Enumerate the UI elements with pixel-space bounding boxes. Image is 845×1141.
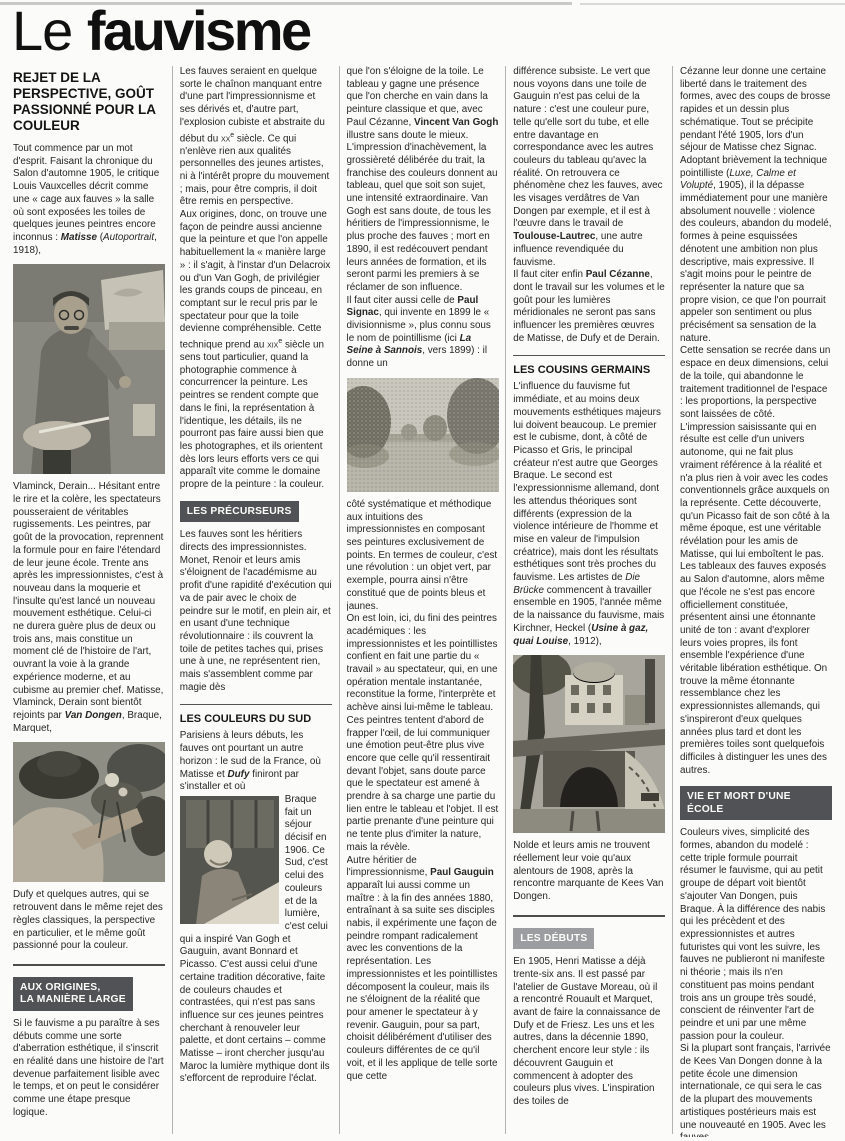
paragraph: Autre héritier de l'impressionnisme, Pau… [347, 855, 499, 1084]
paragraph: Il faut citer enfin Paul Cézanne, dont l… [513, 269, 665, 345]
pointillist-landscape-image [347, 378, 499, 492]
artist-drawing-image [180, 796, 279, 924]
section-header-vie-et-mort: VIE ET MORT D'UNE ÉCOLE [680, 786, 832, 820]
paragraph-with-photo: Braque fait un séjour décisif en 1906. C… [180, 794, 332, 1086]
column-2: Les fauves seraient en quelque sorte le … [180, 66, 332, 1137]
column-divider [172, 66, 173, 1134]
paragraph: Il faut citer aussi celle de Paul Signac… [347, 295, 499, 371]
column-divider [339, 66, 340, 1134]
column-5: Cézanne leur donne une certaine liberté … [680, 66, 832, 1137]
matisse-autoportrait-image [13, 264, 165, 474]
section-header-aux-origines: AUX ORIGINES, LA MANIÈRE LARGE [13, 977, 133, 1011]
encyclopedia-page: Le fauvisme REJET DE LA PERSPECTIVE, GOÛ… [0, 0, 845, 1141]
columns-container: REJET DE LA PERSPECTIVE, GOÛT PASSIONNÉ … [13, 66, 832, 1137]
painter-with-hat-image [13, 742, 165, 882]
paragraph: Si le fauvisme a pu paraître à ses début… [13, 1018, 165, 1120]
matisse-autoportrait-painting [13, 264, 165, 474]
subsection-heading-couleurs-du-sud: LES COULEURS DU SUD [180, 704, 332, 725]
paragraph: Vlaminck, Derain... Hésitant entre le ri… [13, 481, 165, 735]
paragraph: Parisiens à leurs débuts, les fauves ont… [180, 730, 332, 794]
paragraph: On est loin, ici, du fini des peintres a… [347, 613, 499, 854]
paragraph: Dufy et quelques autres, qui se retrouve… [13, 889, 165, 953]
paragraph: Les fauves sont les héritiers directs de… [180, 529, 332, 694]
page-title: Le fauvisme [12, 2, 310, 60]
paragraph: Tout commence par un mot d'esprit. Faisa… [13, 143, 165, 257]
subsection-heading-cousins-germains: LES COUSINS GERMAINS [513, 355, 665, 376]
column-4: différence subsiste. Le vert que nous vo… [513, 66, 665, 1137]
scan-edge-artifact [580, 3, 845, 5]
signac-seine-sannois-painting [347, 378, 499, 492]
paragraph: côté systématique et méthodique aux intu… [347, 499, 499, 613]
column-1: REJET DE LA PERSPECTIVE, GOÛT PASSIONNÉ … [13, 66, 165, 1137]
painter-with-straw-hat-photo [13, 742, 165, 882]
usine-a-gaz-painting [513, 655, 665, 833]
paragraph: En 1905, Henri Matisse a déjà trente-six… [513, 956, 665, 1108]
section-header-les-precurseurs: LES PRÉCURSEURS [180, 501, 299, 523]
paragraph: Nolde et leurs amis ne trouvent réelleme… [513, 840, 665, 904]
expressionist-bridge-image [513, 655, 665, 833]
paragraph: Cézanne leur donne une certaine liberté … [680, 66, 832, 345]
title-word: fauvisme [87, 0, 310, 62]
column-divider [672, 66, 673, 1134]
paragraph: Aux origines, donc, on trouve une façon … [180, 209, 332, 492]
section-heading-rejet-perspective: REJET DE LA PERSPECTIVE, GOÛT PASSIONNÉ … [13, 70, 165, 134]
paragraph: Si la plupart sont français, l'arrivée d… [680, 1043, 832, 1137]
paragraph: que l'on s'éloigne de la toile. Le table… [347, 66, 499, 295]
section-rule [513, 915, 665, 917]
paragraph: Couleurs vives, simplicité des formes, a… [680, 827, 832, 1043]
paragraph: L'influence du fauvisme fut immédiate, e… [513, 381, 665, 648]
section-rule [13, 964, 165, 966]
paragraph: Cette sensation se recrée dans un espace… [680, 345, 832, 777]
artist-drawing-at-table-photo [180, 796, 279, 924]
title-article: Le [12, 0, 87, 62]
column-divider [505, 66, 506, 1134]
section-header-les-debuts: LES DÉBUTS [513, 928, 594, 950]
paragraph: différence subsiste. Le vert que nous vo… [513, 66, 665, 269]
column-3: que l'on s'éloigne de la toile. Le table… [347, 66, 499, 1137]
paragraph: Les fauves seraient en quelque sorte le … [180, 66, 332, 209]
